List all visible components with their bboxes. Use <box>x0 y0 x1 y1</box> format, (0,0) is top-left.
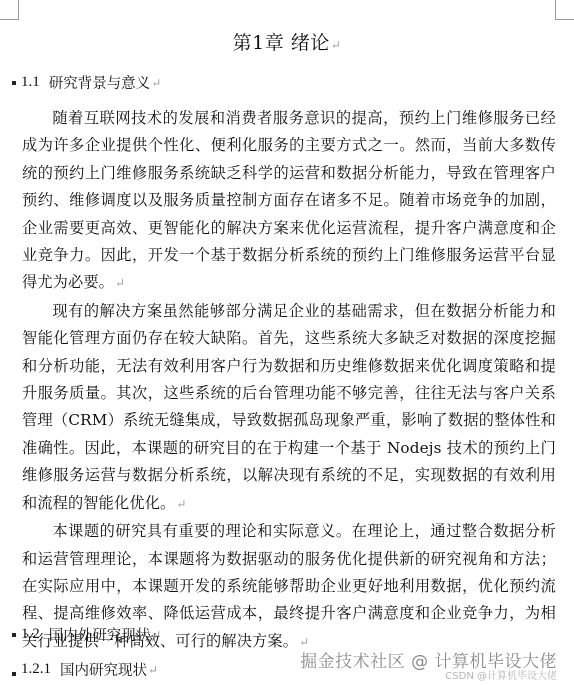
watermark-csdn: CSDN @计算机毕设大佬 <box>445 667 557 682</box>
section-title: 国内研究现状 <box>60 659 147 680</box>
heading-bullet-icon <box>12 633 16 637</box>
heading-bullet-icon <box>12 672 16 676</box>
section-title: 国内外研究现状 <box>49 624 151 645</box>
chapter-title-text: 第1章 绪论 <box>233 32 330 54</box>
body-text: 随着互联网技术的发展和消费者服务意识的提高，预约上门维修服务已经成为许多企业提供… <box>22 105 556 656</box>
paragraph-mark-icon: ↵ <box>151 76 161 90</box>
paragraph-2: 现有的解决方案虽然能够部分满足企业的基础需求，但在数据分析能力和智能化管理方面仍… <box>22 298 556 518</box>
section-number: 1.2 <box>21 626 40 643</box>
section-heading-1-1[interactable]: 1.1 研究背景与意义↵ <box>12 72 161 93</box>
section-title: 研究背景与意义 <box>49 72 151 93</box>
paragraph-1: 随着互联网技术的发展和消费者服务意识的提高，预约上门维修服务已经成为许多企业提供… <box>22 105 556 298</box>
section-number: 1.2.1 <box>21 661 51 678</box>
section-heading-1-2[interactable]: 1.2 国内外研究现状↵ <box>12 624 161 645</box>
paragraph-mark-icon: ↵ <box>176 497 186 511</box>
paragraph-mark-icon: ↵ <box>115 276 125 290</box>
heading-bullet-icon <box>12 81 16 85</box>
section-number: 1.1 <box>21 74 40 91</box>
paragraph-mark-icon: ↵ <box>148 663 158 677</box>
crop-mark-top-right <box>555 0 574 20</box>
section-heading-1-2-1[interactable]: 1.2.1 国内研究现状↵ <box>12 659 158 680</box>
paragraph-mark-icon: ↵ <box>331 38 342 52</box>
crop-mark-top-left <box>0 0 19 20</box>
chapter-title: 第1章 绪论↵ <box>0 28 574 55</box>
paragraph-mark-icon: ↵ <box>151 628 161 642</box>
